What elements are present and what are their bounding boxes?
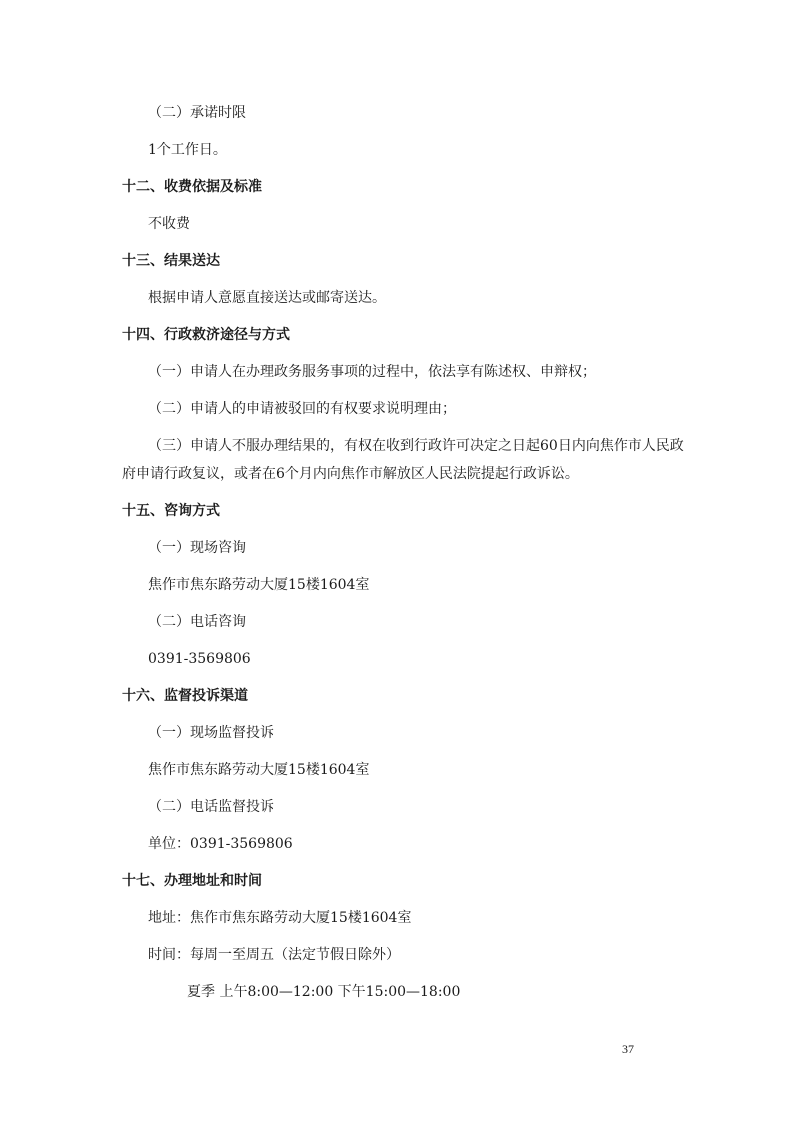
address-text: 地址：焦作市焦东路劳动大厦15楼1604室 bbox=[148, 908, 411, 928]
body-text: 不收费 bbox=[148, 214, 190, 234]
phone-text: 单位：0391-3569806 bbox=[148, 834, 293, 854]
address-text: 焦作市焦东路劳动大厦15楼1604室 bbox=[148, 760, 369, 780]
subsection-text-continued: 府申请行政复议，或者在6个月内向焦作市解放区人民法院提起行政诉讼。 bbox=[122, 464, 579, 484]
subsection-text: （一）现场监督投诉 bbox=[148, 723, 274, 743]
subsection-text: （二）电话监督投诉 bbox=[148, 797, 274, 817]
section-heading-17: 十七、办理地址和时间 bbox=[122, 871, 262, 891]
hours-text: 时间：每周一至周五（法定节假日除外） bbox=[148, 945, 400, 965]
section-heading-13: 十三、结果送达 bbox=[122, 251, 220, 271]
page-number: 37 bbox=[622, 1042, 634, 1057]
subsection-commitment-time-limit: （二）承诺时限 bbox=[148, 103, 246, 123]
phone-text: 0391-3569806 bbox=[148, 649, 251, 669]
section-heading-15: 十五、咨询方式 bbox=[122, 501, 220, 521]
section-heading-16: 十六、监督投诉渠道 bbox=[122, 686, 248, 706]
address-text: 焦作市焦东路劳动大厦15楼1604室 bbox=[148, 575, 369, 595]
body-text: 根据申请人意愿直接送达或邮寄送达。 bbox=[148, 288, 386, 308]
subsection-text: （二）申请人的申请被驳回的有权要求说明理由； bbox=[148, 399, 456, 419]
section-heading-12: 十二、收费依据及标准 bbox=[122, 177, 262, 197]
subsection-text: （二）电话咨询 bbox=[148, 612, 246, 632]
subsection-text: （一）申请人在办理政务服务事项的过程中，依法享有陈述权、申辩权； bbox=[148, 362, 596, 382]
body-text: 1个工作日。 bbox=[148, 140, 227, 160]
section-heading-14: 十四、行政救济途径与方式 bbox=[122, 325, 290, 345]
subsection-text: （三）申请人不服办理结果的，有权在收到行政许可决定之日起60日内向焦作市人民政 bbox=[148, 436, 684, 456]
summer-hours-text: 夏季 上午8:00—12:00 下午15:00—18:00 bbox=[187, 982, 460, 1002]
subsection-text: （一）现场咨询 bbox=[148, 538, 246, 558]
